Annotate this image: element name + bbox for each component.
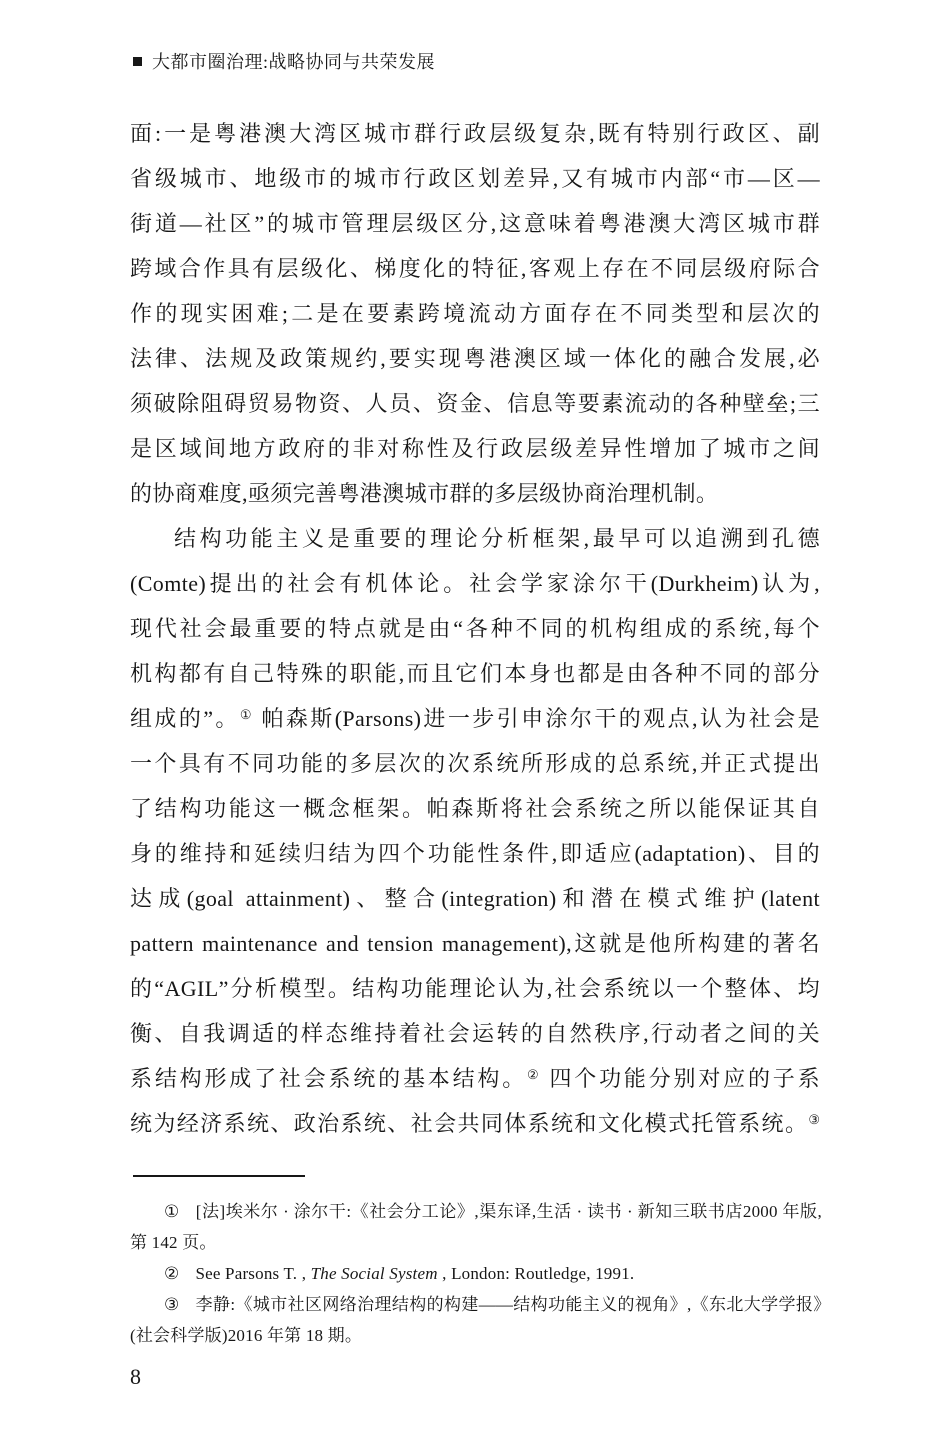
- paragraph2-line: 机构都有自己特殊的职能,而且它们本身也都是由各种不同的部分: [130, 651, 820, 696]
- square-bullet-icon: [133, 57, 142, 66]
- paragraph2-line: 的“AGIL”分析模型。结构功能理论认为,社会系统以一个整体、均: [130, 966, 820, 1011]
- paragraph1-line: 是区域间地方政府的非对称性及行政层级差异性增加了城市之间: [130, 426, 820, 471]
- paragraph2-line: 身的维持和延续归结为四个功能性条件,即适应(adaptation)、目的: [130, 831, 820, 876]
- paragraph1-line: 面:一是粤港澳大湾区城市群行政层级复杂,既有特别行政区、副: [130, 111, 820, 156]
- footnote-1-text: [法]埃米尔 · 涂尔干:《社会分工论》,渠东译,生活 · 读书 · 新知三联书…: [130, 1202, 822, 1252]
- footnote-3-marker: ③: [164, 1295, 180, 1314]
- footnote-2: ②See Parsons T. , The Social System , Lo…: [130, 1258, 822, 1289]
- paragraph2-line: 一个具有不同功能的多层次的次系统所形成的总系统,并正式提出: [130, 741, 820, 786]
- paragraph1-line: 的协商难度,亟须完善粤港澳城市群的多层级协商治理机制。: [130, 471, 820, 516]
- footnote-1: ①[法]埃米尔 · 涂尔干:《社会分工论》,渠东译,生活 · 读书 · 新知三联…: [130, 1196, 822, 1258]
- footnotes: ①[法]埃米尔 · 涂尔干:《社会分工论》,渠东译,生活 · 读书 · 新知三联…: [130, 1196, 822, 1351]
- page-number: 8: [130, 1364, 141, 1390]
- paragraph2-line: pattern maintenance and tension manageme…: [130, 921, 820, 966]
- paragraph2-line: 组成的”。① 帕森斯(Parsons)进一步引申涂尔干的观点,认为社会是: [130, 696, 820, 741]
- paragraph1-line: 法律、法规及政策规约,要实现粤港澳区域一体化的融合发展,必: [130, 336, 820, 381]
- paragraph2-line: 了结构功能这一概念框架。帕森斯将社会系统之所以能保证其自: [130, 786, 820, 831]
- paragraph2-line: 系结构形成了社会系统的基本结构。② 四个功能分别对应的子系: [130, 1056, 820, 1101]
- book-page: 大都市圈治理:战略协同与共荣发展 面:一是粤港澳大湾区城市群行政层级复杂,既有特…: [0, 0, 929, 1439]
- paragraph2-line: 现代社会最重要的特点就是由“各种不同的机构组成的系统,每个: [130, 606, 820, 651]
- footnote-3-text: 李静:《城市社区网络治理结构的构建——结构功能主义的视角》,《东北大学学报》(社…: [130, 1295, 822, 1345]
- body-text: 面:一是粤港澳大湾区城市群行政层级复杂,既有特别行政区、副 省级城市、地级市的城…: [130, 111, 820, 1146]
- paragraph2-line: 衡、自我调适的样态维持着社会运转的自然秩序,行动者之间的关: [130, 1011, 820, 1056]
- footnote-2-book-title: The Social System: [311, 1264, 438, 1283]
- footnote-2-text-pre: See Parsons T. ,: [195, 1264, 310, 1283]
- footnote-1-marker: ①: [164, 1202, 180, 1221]
- paragraph1-line: 须破除阻碍贸易物资、人员、资金、信息等要素流动的各种壁垒;三: [130, 381, 820, 426]
- paragraph1-line: 街道—社区”的城市管理层级区分,这意味着粤港澳大湾区城市群: [130, 201, 820, 246]
- footnote-3: ③李静:《城市社区网络治理结构的构建——结构功能主义的视角》,《东北大学学报》(…: [130, 1289, 822, 1351]
- footnote-2-marker: ②: [164, 1264, 179, 1283]
- paragraph1-line: 跨域合作具有层级化、梯度化的特征,客观上存在不同层级府际合: [130, 246, 820, 291]
- paragraph2-line: (Comte)提出的社会有机体论。社会学家涂尔干(Durkheim)认为,: [130, 561, 820, 606]
- footnote-separator-rule: [133, 1175, 305, 1177]
- paragraph2-line: 达成(goal attainment)、整合(integration)和潜在模式…: [130, 876, 820, 921]
- paragraph1-line: 省级城市、地级市的城市行政区划差异,又有城市内部“市—区—: [130, 156, 820, 201]
- paragraph1-line: 作的现实困难;二是在要素跨境流动方面存在不同类型和层次的: [130, 291, 820, 336]
- running-head-title: 大都市圈治理:战略协同与共荣发展: [152, 48, 435, 74]
- paragraph2-line: 结构功能主义是重要的理论分析框架,最早可以追溯到孔德: [130, 516, 820, 561]
- paragraph2-line: 统为经济系统、政治系统、社会共同体系统和文化模式托管系统。③: [130, 1101, 820, 1146]
- running-head: 大都市圈治理:战略协同与共荣发展: [133, 48, 435, 74]
- footnote-2-text-post: , London: Routledge, 1991.: [438, 1264, 635, 1283]
